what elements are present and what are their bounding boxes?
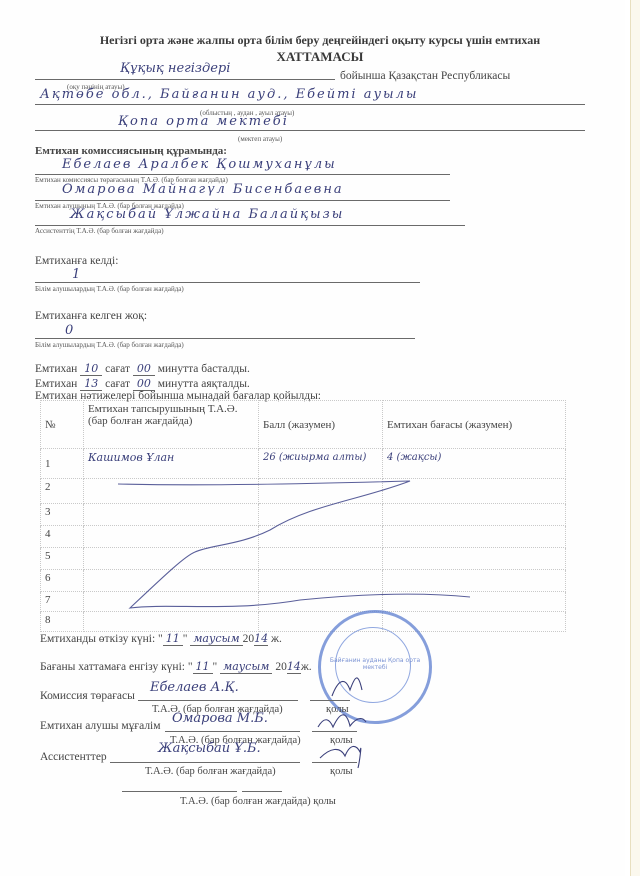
sig-extra-sign-line	[242, 791, 282, 792]
document-page: Негізгі орта және жалпы орта білім беру …	[0, 0, 625, 876]
sig-extra-line	[122, 791, 237, 792]
page-edge	[630, 0, 640, 876]
sig-extra-caption: Т.А.Ә. (бар болған жағдайда) қолы	[180, 796, 336, 807]
handwritten-signatures	[0, 0, 640, 876]
